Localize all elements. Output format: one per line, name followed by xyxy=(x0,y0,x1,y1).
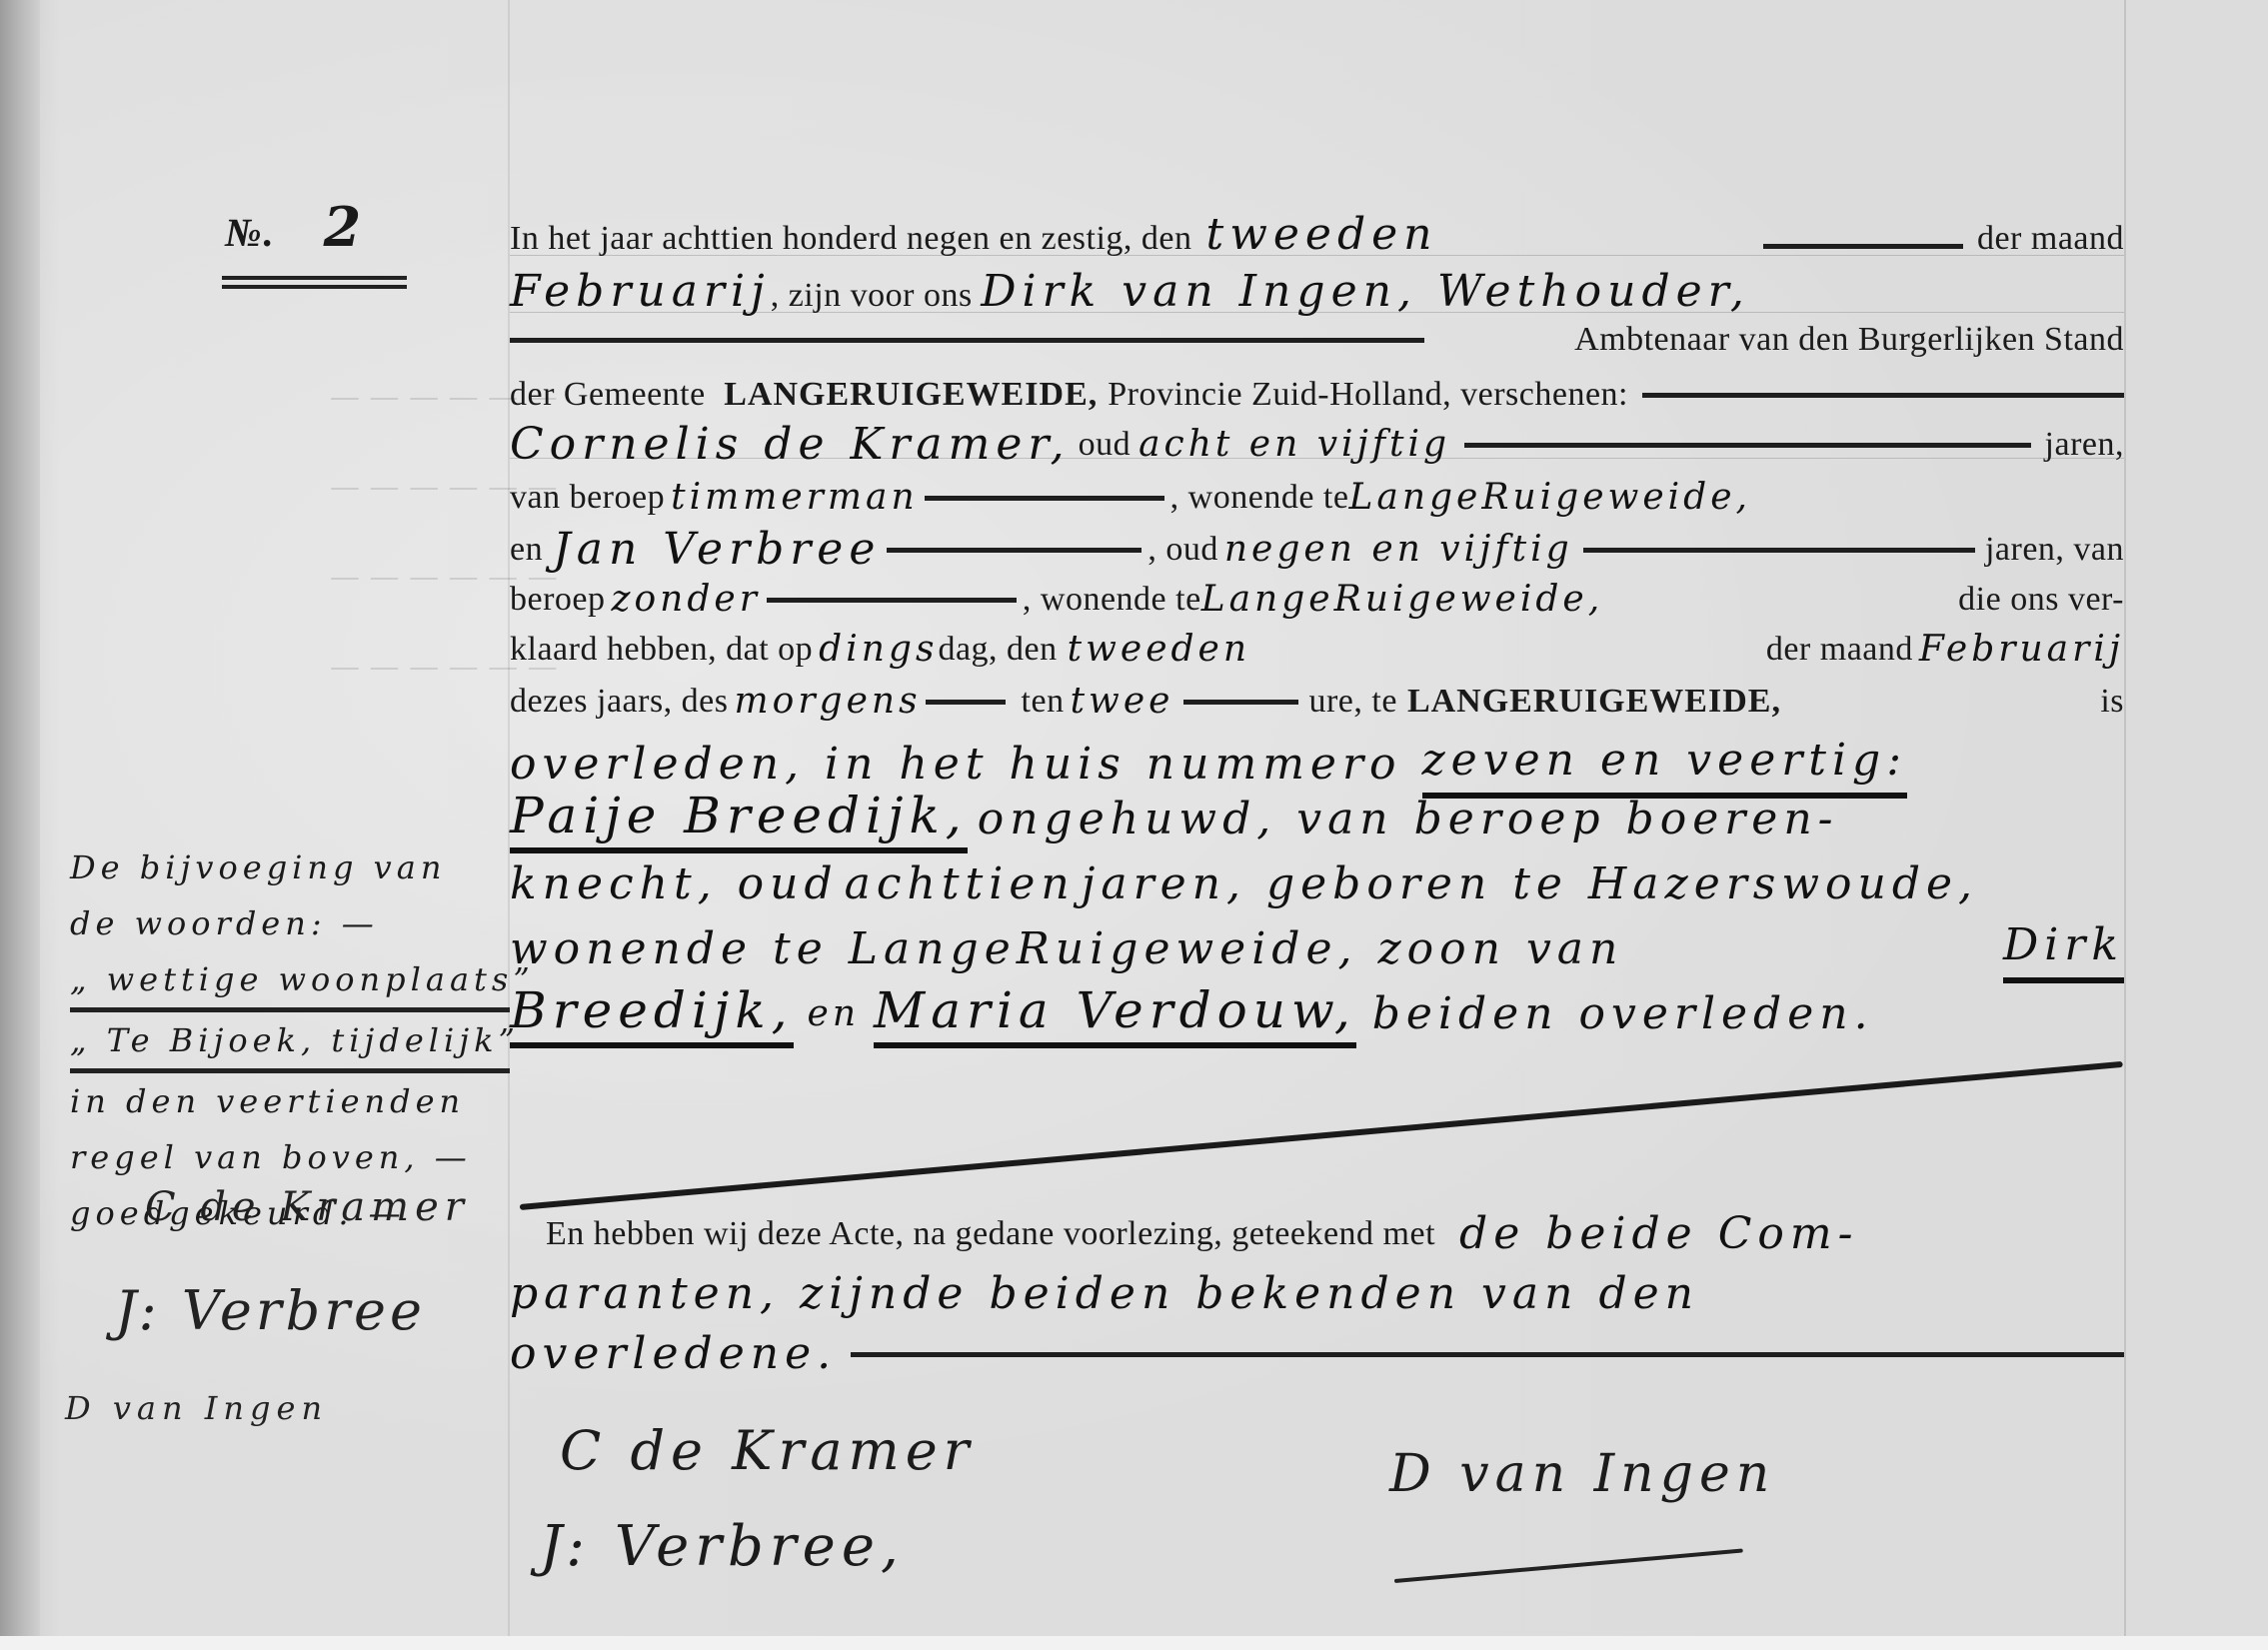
page-bottom-edge xyxy=(0,1636,2268,1650)
handwritten-day: tweeden xyxy=(1206,205,1763,265)
signature-witness-1: C de Kramer xyxy=(560,1419,976,1482)
handwritten-age: acht en vijftig xyxy=(1138,415,1450,475)
record-line-1: In het jaar achttien honderd negen en ze… xyxy=(510,205,2124,265)
fill-rule xyxy=(1183,700,1298,705)
handwritten-parents-status: beiden overleden. xyxy=(1372,984,1874,1044)
record-number-double-rule xyxy=(222,276,407,289)
printed-text: klaard hebben, dat op xyxy=(510,620,813,680)
printed-text: oud xyxy=(1079,415,1132,475)
signature-official: D van Ingen xyxy=(1389,1444,1775,1504)
handwritten-father-surname: Breedijk, xyxy=(510,980,794,1048)
closing-diagonal-stroke xyxy=(520,1061,2123,1210)
handwritten-house-number: zeven en veertig: xyxy=(1422,731,1908,799)
printed-text: En hebben wij deze Acte, na gedane voorl… xyxy=(546,1204,1435,1264)
record-number: №.2 xyxy=(225,195,363,259)
margin-annotation: De bijvoeging van de woorden: — „ wettig… xyxy=(70,839,510,1241)
printed-text: jaren, xyxy=(2045,415,2124,475)
margin-note-line: de woorden: — xyxy=(70,895,510,951)
signature-witness-2: J: Verbree, xyxy=(540,1514,905,1579)
printed-text: Ambtenaar van den Burgerlijken Stand xyxy=(1438,310,2124,370)
margin-note-line: „ Te Bijoek, tijdelijk” xyxy=(70,1012,510,1073)
printed-text: van beroep xyxy=(510,468,665,528)
handwritten-weekday: dings xyxy=(819,620,938,680)
printed-text: ure, te xyxy=(1308,672,1396,732)
fill-rule xyxy=(887,548,1141,553)
record-line-9: klaard hebben, dat op dings dag, den twe… xyxy=(510,620,2124,680)
handwritten-occupation: timmerman xyxy=(671,468,919,528)
record-line-6: van beroep timmerman , wonende te LangeR… xyxy=(510,468,2124,528)
record-line-3: Ambtenaar van den Burgerlijken Stand xyxy=(510,310,2124,370)
record-line-12: Paije Breedijk, ongehuwd, van beroep boe… xyxy=(510,790,2124,849)
number-sign: №. xyxy=(225,210,276,255)
record-line-14: wonende te LangeRuigeweide, zoon van Dir… xyxy=(510,919,2124,979)
fill-rule xyxy=(925,496,1164,501)
handwritten-text: overledene. xyxy=(510,1324,837,1384)
margin-note-line: „ wettige woonplaats” xyxy=(70,951,510,1012)
handwritten-text: en xyxy=(808,984,861,1044)
handwritten-text: knecht, oud xyxy=(510,854,839,914)
binding-edge xyxy=(0,0,40,1650)
handwritten-deceased-age: achttien xyxy=(845,854,1076,914)
fill-rule xyxy=(851,1352,2124,1357)
signature-flourish xyxy=(1394,1549,1743,1583)
printed-text: In het jaar achttien honderd negen en ze… xyxy=(510,209,1192,269)
margin-note-line: De bijvoeging van xyxy=(70,839,510,895)
printed-text: dezes jaars, des xyxy=(510,672,729,732)
handwritten-birthplace: jaren, geboren te Hazerswoude, xyxy=(1082,854,1978,914)
document-page: — — — — — — — — — — — — — — — — — — — — … xyxy=(0,0,2268,1650)
fill-rule xyxy=(767,598,1017,603)
handwritten-month: Februarij xyxy=(1919,620,2124,680)
record-line-10: dezes jaars, des morgens ten twee ure, t… xyxy=(510,672,2124,732)
printed-text: is xyxy=(2100,672,2124,732)
fill-rule xyxy=(1583,548,1975,553)
fill-rule xyxy=(510,338,1424,343)
handwritten-residence: LangeRuigeweide, xyxy=(1348,468,2124,528)
handwritten-residence-parent: wonende te LangeRuigeweide, zoon van xyxy=(510,919,2003,979)
handwritten-deceased-name: Paije Breedijk, xyxy=(510,786,968,853)
handwritten-day: tweeden xyxy=(1068,620,1766,680)
handwritten-father-first-name: Dirk xyxy=(2003,915,2124,983)
margin-signature-witness-1: C de Kramer xyxy=(145,1184,470,1230)
printed-text: dag, den xyxy=(938,620,1057,680)
margin-signature-witness-2: J: Verbree xyxy=(115,1279,426,1342)
margin-signature-official: D van Ingen xyxy=(65,1389,328,1427)
printed-text: ten xyxy=(1022,672,1065,732)
fill-rule xyxy=(1464,443,2030,448)
handwritten-mother-name: Maria Verdouw, xyxy=(874,980,1356,1048)
fill-rule xyxy=(1763,244,1963,249)
handwritten-time-of-day: morgens xyxy=(735,672,922,732)
record-line-5: Cornelis de Kramer, oud acht en vijftig … xyxy=(510,415,2124,475)
handwritten-hour: twee xyxy=(1071,672,1174,732)
closing-line-1: En hebben wij deze Acte, na gedane voorl… xyxy=(510,1204,2124,1264)
handwritten-deceased-status: ongehuwd, van beroep boeren- xyxy=(978,790,1839,849)
municipality-name: LANGERUIGEWEIDE, xyxy=(1407,672,2100,732)
handwritten-text: paranten, zijnde beiden bekenden van den xyxy=(510,1268,1699,1319)
handwritten-text: de beide Com- xyxy=(1459,1204,1858,1264)
printed-text: , wonende te xyxy=(1170,468,1349,528)
printed-text: der maand xyxy=(1766,620,1913,680)
margin-note-line: in den veertienden xyxy=(70,1073,510,1129)
closing-line-2: paranten, zijnde beiden bekenden van den xyxy=(510,1264,2124,1324)
fill-rule xyxy=(926,700,1006,705)
record-line-15: Breedijk, en Maria Verdouw, beiden overl… xyxy=(510,984,2124,1044)
record-line-13: knecht, oud achttien jaren, geboren te H… xyxy=(510,854,2124,914)
closing-line-3: overledene. xyxy=(510,1324,2124,1384)
record-number-value: 2 xyxy=(324,195,364,259)
handwritten-declarant-1: Cornelis de Kramer, xyxy=(510,415,1071,475)
margin-note-line: regel van boven, — xyxy=(70,1129,510,1185)
fill-rule xyxy=(1642,393,2124,398)
printed-text: der maand xyxy=(1977,209,2124,269)
right-column-rule xyxy=(2124,0,2126,1650)
printed-text: , zijn voor ons xyxy=(771,277,973,314)
